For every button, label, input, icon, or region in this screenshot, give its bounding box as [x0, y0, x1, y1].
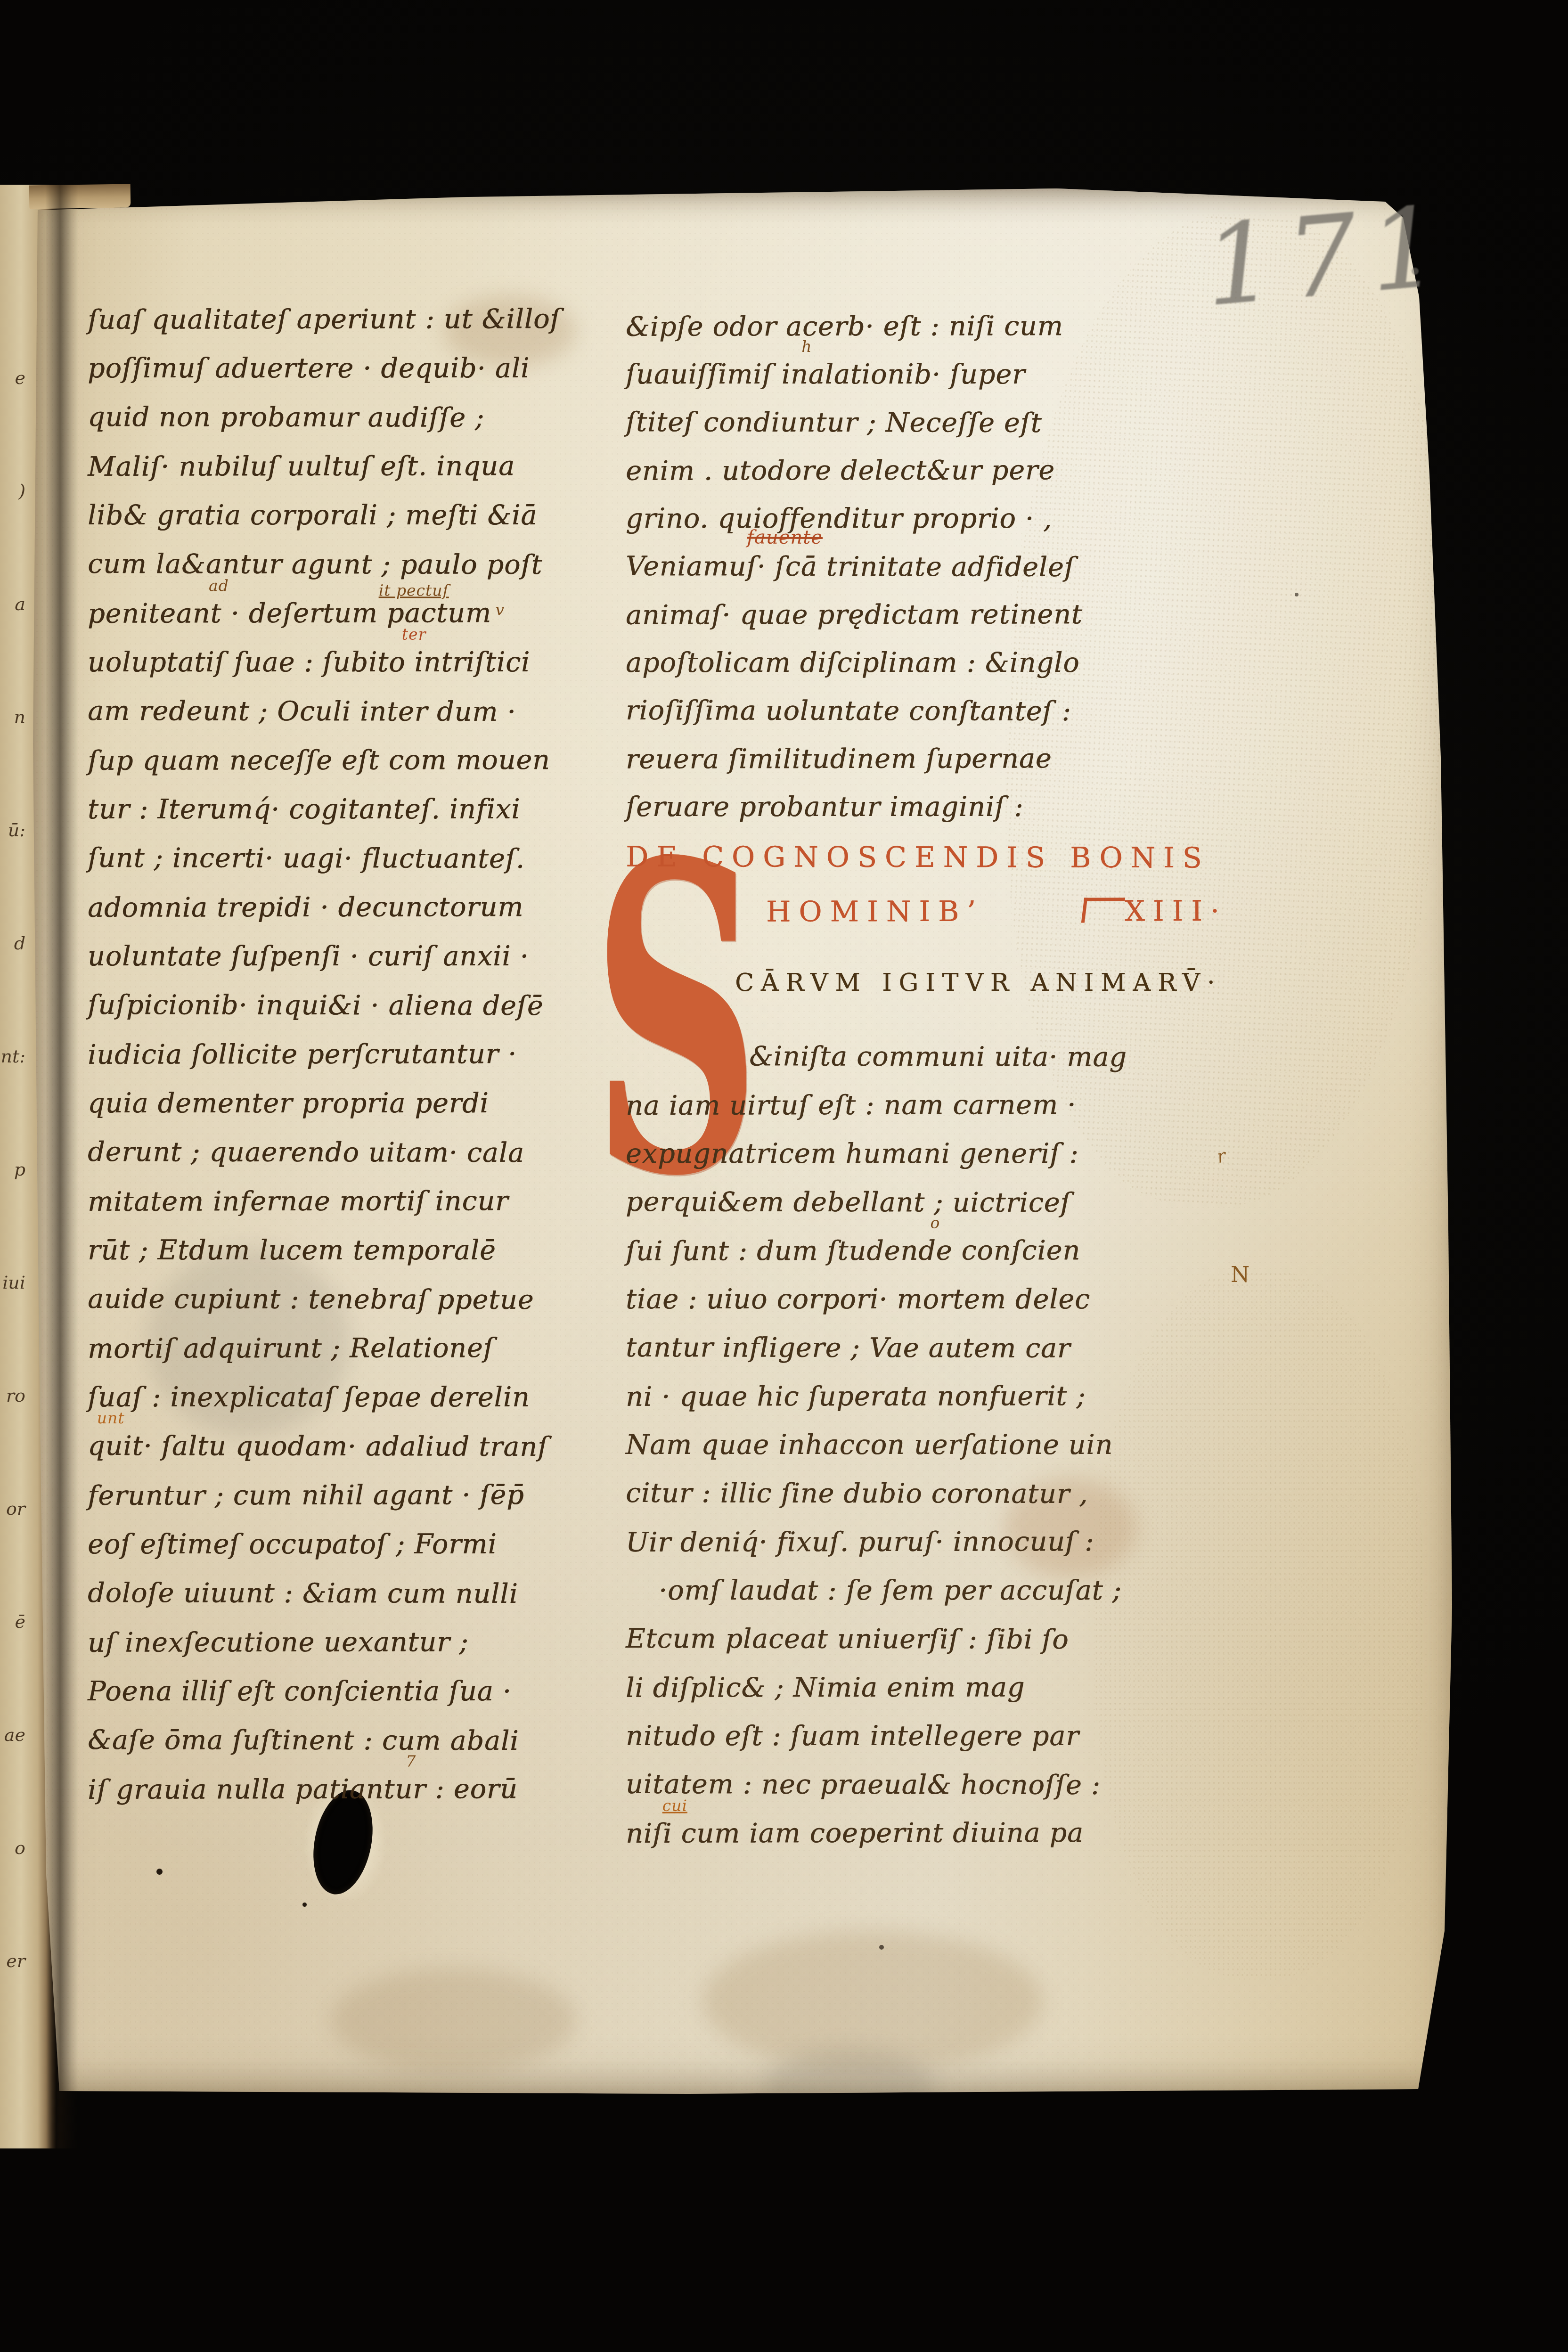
ink-speck [879, 1945, 884, 1950]
interlinear-correction: cui [662, 1798, 687, 1813]
gutter-fragment: p [14, 1159, 25, 1180]
text-line: &iniſta communi uita· mag [749, 1043, 1127, 1071]
text-line: &ipſe odor acerb· eſt : niſi cum [626, 313, 1063, 341]
gutter-fragment: o [15, 1837, 25, 1858]
text-line: li diſplic& ; Nimia enim mag [626, 1674, 1025, 1701]
interlinear-gloss-fauente: fauente [747, 528, 823, 547]
text-line: Veniamuſ· ſcā trinitate adfideleſ fauent… [626, 553, 1075, 581]
text-line: uitatem : nec praeual& hocnoſſe : [626, 1771, 1101, 1799]
text-line: apoſtolicam diſciplinam : &inglo [626, 650, 1079, 677]
parchment-grain [1094, 1271, 1424, 1978]
text-line: Nam quae inhaccon uerſatione uin [626, 1432, 1113, 1459]
gutter-fragment: ) [18, 481, 25, 501]
text-line: iſ grauia nulla patiantur : eorū 7 [88, 1776, 518, 1804]
gutter-fragment: ro [6, 1385, 25, 1406]
text-line: Maliſ· nubiluſ uultuſ eſt. inqua [88, 453, 515, 481]
text-line: uſ inexſecutione uexantur ; [88, 1629, 469, 1656]
gutter-fragment: er [6, 1951, 25, 1971]
margin-mark-n: N [1231, 1262, 1249, 1287]
stain [764, 2049, 934, 2124]
text-line: feruntur ; cum nihil agant · ſēp̄ [88, 1482, 524, 1510]
pencil-dot [1412, 268, 1419, 275]
gutter-fragment: a [15, 594, 25, 614]
text-line: enim . utodore delect&ur pere [626, 457, 1055, 485]
text-line: am redeunt ; Oculi inter dum · [88, 698, 516, 726]
text-line: tantur infligere ; Vae autem car [626, 1334, 1070, 1362]
text-line: ſunt ; incerti· uagi· fluctuanteſ. [88, 845, 525, 873]
margin-insertion-mark: v [495, 602, 505, 617]
interlinear-correction: it pectuſ [379, 582, 449, 598]
text-line: Poena illiſ eſt conſcientia ſua · [88, 1678, 512, 1705]
interlinear-correction: 7 [406, 1754, 416, 1769]
stain [703, 1931, 1042, 2072]
text-line: ·omſ laudat : ſe ſem per accuſat ; [659, 1577, 1122, 1604]
text-line: auide cupiunt : tenebraſ ppetue [88, 1286, 534, 1314]
text-line: citur : illic ſine dubio coronatur , [626, 1480, 1088, 1508]
text-line: mitatem infernae mortiſ incur [88, 1188, 508, 1216]
text-line: grino. quioffenditur proprio · , [626, 506, 1052, 532]
ink-speck [1295, 593, 1298, 596]
text-line: ſeruare probantur imaginiſ : [626, 794, 1023, 821]
interlinear-correction: h [801, 339, 812, 354]
binding-tab [29, 184, 131, 209]
text-line: animaſ· quae prędictam retinent [626, 601, 1083, 629]
text-line: ſup quam neceſſe eſt com mouen [88, 747, 550, 775]
incipit-capitals: CĀRVM IGITVR ANIMARV̄· [735, 971, 1222, 995]
interlinear-correction: ad [209, 578, 229, 593]
manuscript-photograph: { "manuscript": { "folio_number": "171" … [0, 0, 1568, 2352]
text-line: na iam uirtuſ eſt : nam carnem · [626, 1092, 1076, 1119]
text-line: ſui ſunt : dum ſtudende conſcien o [626, 1237, 1080, 1265]
gutter-fragment: or [6, 1498, 25, 1519]
text-line: iudicia ſollicite perſcrutantur · [88, 1041, 517, 1069]
ink-speck [302, 1903, 307, 1907]
gutter-fragment: nt: [0, 1046, 25, 1067]
text-line: rioſiſſima uoluntate conſtanteſ : [626, 697, 1071, 725]
rubric-bracket [1081, 898, 1125, 923]
gutter-fragment: n [14, 707, 25, 727]
text-line: ſuſpicionib· inqui&i · aliena deſē [88, 992, 544, 1020]
text-line: quia dementer propria perdi [88, 1090, 489, 1117]
interlinear-correction: unt [97, 1410, 125, 1426]
interlinear-correction: o [930, 1215, 940, 1231]
binding-crease-shadow [45, 185, 78, 2148]
ink-speck [156, 1869, 163, 1875]
text-line: niſi cum iam coeperint diuina pa cui [626, 1820, 1084, 1847]
text-line: eoſ eſtimeſ occupatoſ ; Formi [88, 1531, 497, 1558]
text-line: tur : Iterumq́· cogitanteſ. infixi [88, 796, 520, 823]
text-line: reuera ſimilitudinem ſupernae [626, 745, 1052, 773]
chapter-rubric: DE COGNOSCENDIS BONIS [626, 843, 1210, 873]
text-line: doloſe uiuunt : &iam cum nulli [88, 1580, 518, 1608]
gutter-fragment: iui [2, 1272, 25, 1293]
text-line: ſuaſ qualitateſ aperiunt : ut &illoſ [88, 306, 561, 334]
text-line: quit· ſaltu quodam· adaliud tranſ unt [88, 1433, 548, 1461]
text-line: poſſimuſ aduertere · dequib· ali [88, 355, 530, 382]
text-line: mortiſ adquirunt ; Relationeſ [88, 1335, 494, 1363]
text-line: rūt ; Etdum lucem temporalē [88, 1237, 496, 1264]
gutter-fragment: ē [15, 1611, 26, 1632]
text-line: Uir deniq́· fixuſ. puruſ· innocuuſ : [626, 1528, 1094, 1556]
text-line: adomnia trepidi · decunctorum [88, 894, 523, 922]
text-line: lib& gratia corporali ; meſti &iā [88, 502, 537, 529]
text-line: ſuauiſſimiſ inalationib· ſuper h [626, 361, 1025, 388]
text-line: ſuaſ : inexplicataſ ſepae derelin [88, 1384, 530, 1411]
text-line: derunt ; quaerendo uitam· cala [88, 1139, 524, 1167]
interlinear-correction: ter [402, 627, 426, 642]
stain [331, 1968, 576, 2072]
chapter-rubric-number: HOMINIB’XIII· [626, 897, 1227, 926]
text-line: ni · quae hic ſuperata nonfuerit ; [626, 1383, 1086, 1411]
text-line: ſtiteſ condiuntur ; Neceſſe eſt [626, 409, 1042, 437]
gutter-fragment: e [15, 367, 26, 388]
text-line: peniteant · deſertum pactum ad v [88, 600, 491, 627]
text-line: expugnatricem humani generiſ : [626, 1141, 1079, 1168]
folio-number-pencil: 171 [1199, 182, 1457, 332]
gutter-fragment: ae [4, 1724, 25, 1745]
text-line: cum la&antur agunt ; paulo poſt it pectu… [88, 551, 542, 579]
gutter-fragment: ū: [8, 820, 25, 841]
gutter-fragment: d [14, 933, 25, 954]
text-line: &aſe ōma ſuſtinent : cum abali [88, 1727, 519, 1755]
text-line: tiae : uiuo corpori· mortem delec [626, 1286, 1090, 1313]
text-line: perqui&em debellant ; uictriceſ [626, 1189, 1071, 1217]
text-line: uoluntate ſuſpenſi · curiſ anxii · [88, 943, 529, 970]
text-line: quid non probamur audiſſe ; [88, 404, 484, 432]
text-line: uoluptatiſ ſuae : ſubito intriſtici ter [88, 649, 530, 676]
text-line: nitudo eſt : ſuam intellegere par [626, 1723, 1079, 1750]
text-line: Etcum placeat uniuerſiſ : ſibi ſo [626, 1625, 1069, 1653]
